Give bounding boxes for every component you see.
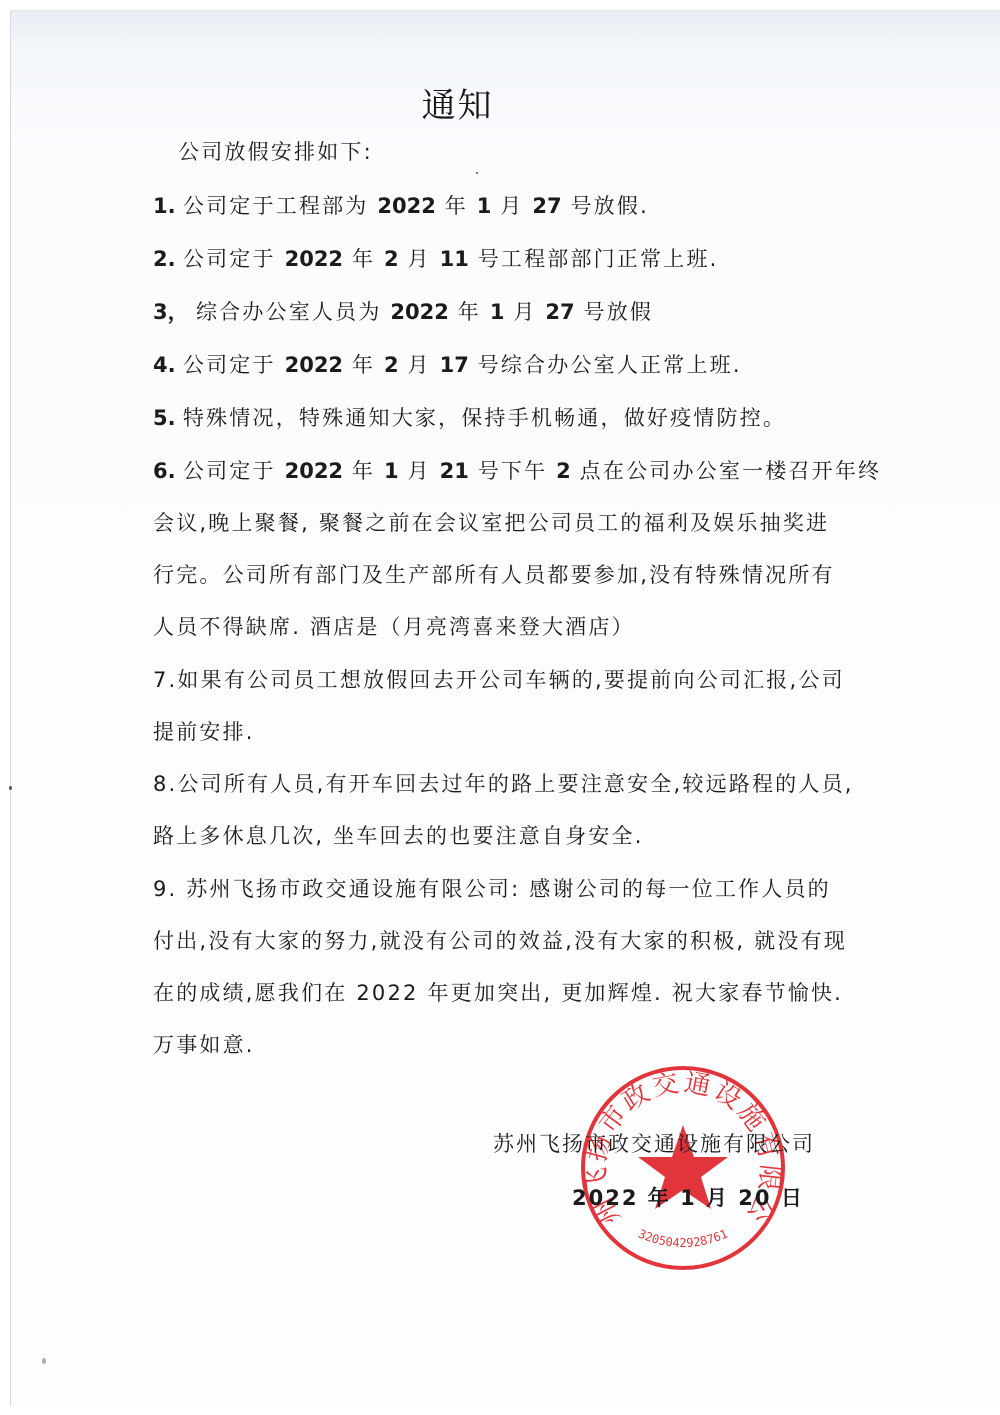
scan-speck [42, 1358, 46, 1364]
item-2: 2. 公司定于 2022 年 2 月 11 号工程部部门正常上班. [153, 243, 719, 273]
stamp-code: 3205042928761 [636, 1227, 729, 1250]
svg-text:3205042928761: 3205042928761 [636, 1227, 729, 1250]
document-title: 通知 [0, 78, 915, 127]
item-9-line-3: 在的成绩,愿我们在 2022 年更加突出, 更加辉煌. 祝大家春节愉快. [153, 977, 843, 1007]
item-7: 7.如果有公司员工想放假回去开公司车辆的,要提前向公司汇报,公司 [153, 664, 845, 694]
item-6-line-4: 人员不得缺席. 酒店是（月亮湾喜来登大酒店） [153, 611, 635, 641]
item-8-line-2: 路上多休息几次, 坐车回去的也要注意自身安全. [153, 820, 644, 850]
item-3: 3， 综合办公室人员为 2022 年 1 月 27 号放假 [153, 296, 653, 326]
item-4: 4. 公司定于 2022 年 2 月 17 号综合办公室人正常上班. [153, 349, 742, 379]
item-5: 5. 特殊情况，特殊通知大家，保持手机畅通，做好疫情防控。 [153, 402, 786, 432]
intro-line: 公司放假安排如下: [178, 136, 373, 166]
item-1: 1. 公司定于工程部为 2022 年 1 月 27 号放假. [153, 190, 649, 220]
item-8: 8.公司所有人员,有开车回去过年的路上要注意安全,较远路程的人员, [153, 768, 854, 798]
item-6-line-3: 行完。公司所有部门及生产部所有人员都要参加,没有特殊情况所有 [153, 559, 835, 589]
signature-company: 苏州飞扬市政交通设施有限公司 [493, 1128, 815, 1158]
item-9-line-2: 付出,没有大家的努力,就没有公司的效益,没有大家的积极, 就没有现 [153, 925, 847, 955]
scan-speck [476, 172, 478, 174]
item-9: 9. 苏州飞扬市政交通设施有限公司: 感谢公司的每一位工作人员的 [153, 873, 831, 903]
company-seal-icon: 苏州飞扬市政交通设施有限公司 3205042928761 [578, 1063, 788, 1273]
item-7-line-2: 提前安排. [153, 716, 255, 746]
item-9-line-4: 万事如意. [153, 1029, 255, 1059]
scan-speck [9, 786, 12, 790]
signature-date: 2022 年 1 月 20 日 [572, 1182, 804, 1212]
item-6-line-2: 会议,晚上聚餐, 聚餐之前在会议室把公司员工的福利及娱乐抽奖进 [153, 507, 829, 537]
item-6: 6. 公司定于 2022 年 1 月 21 号下午 2 点在公司办公室一楼召开年… [153, 455, 881, 485]
